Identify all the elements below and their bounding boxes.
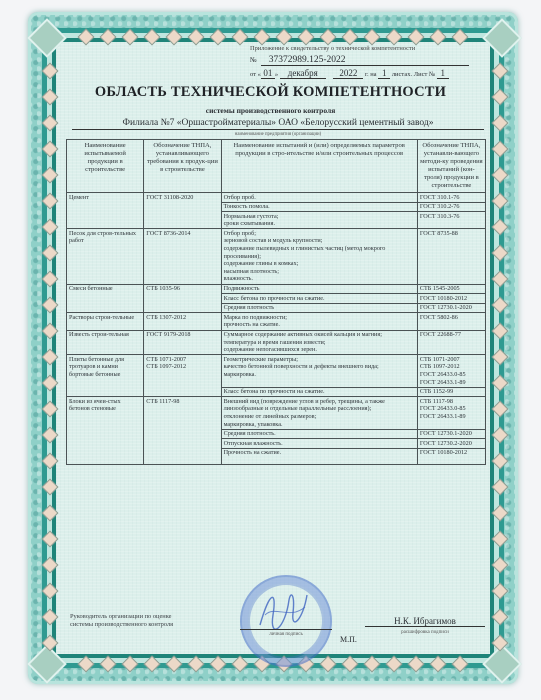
test-name-cell: Класс бетона по прочности на сжатие. [221, 387, 417, 397]
year-suffix: г. на [365, 71, 377, 78]
table-row: Известь строи-тельнаяГОСТ 9179-2018Сумма… [67, 330, 486, 355]
certificate-number: 37372989.125-2022 [261, 55, 469, 66]
product-cell: Цемент [67, 193, 144, 229]
stamp-place-label: М.П. [340, 635, 357, 644]
product-cell: Плиты бетонные для тротуаров и камни бор… [67, 355, 144, 397]
test-name-cell: Марка по подвижности; прочность на сжати… [221, 313, 417, 330]
product-cell: Растворы строи-тельные [67, 313, 144, 330]
test-name-cell: Суммарное содержание активных окисей кал… [221, 330, 417, 355]
test-name-cell: Тонкость помола. [221, 202, 417, 212]
signer-caption: расшифровка подписи [365, 630, 485, 635]
document-title: ОБЛАСТЬ ТЕХНИЧЕСКОЙ КОМПЕТЕНТНОСТИ [0, 84, 541, 101]
organization-caption: наименование предприятия (организации) [72, 132, 484, 137]
requirements-standard-cell: СТБ 1035-96 [144, 284, 221, 313]
sheets-label: листах. Лист № [392, 71, 435, 78]
appendix-caption: Приложение к свидетельству о технической… [250, 45, 415, 52]
requirements-standard-cell: ГОСТ 9179-2018 [144, 330, 221, 355]
test-name-cell: Средняя плотность. [221, 429, 417, 439]
date-year: 2022 [333, 68, 363, 79]
test-name-cell: Отбор проб. [221, 193, 417, 203]
test-name-cell: Отбор проб; зерновой состав и модуль кру… [221, 229, 417, 284]
method-standard-cell: ГОСТ 310.2-76 [417, 202, 485, 212]
table-row: Плиты бетонные для тротуаров и камни бор… [67, 355, 486, 387]
requirements-standard-cell: СТБ 1307-2012 [144, 313, 221, 330]
table-row: Песок для стров-тельных работГОСТ 8736-2… [67, 229, 486, 284]
date-day-suffix: » [275, 71, 278, 78]
table-header-row: Наименование испытываемой продукции в ст… [67, 140, 486, 193]
head-of-organization-label: Руководитель организации по оценке систе… [70, 613, 173, 629]
signature-mark [255, 585, 310, 635]
requirements-standard-cell: СТБ 1117-98 [144, 397, 221, 465]
date-line: от «01» декабря 2022 г. на 1 листах. Лис… [250, 68, 449, 79]
method-standard-cell: ГОСТ 12730.1-2020 [417, 303, 485, 313]
product-cell: Смеси бетонные [67, 284, 144, 313]
header-tests: Наименование испытаний и (или) определяе… [221, 140, 417, 193]
sheet-number: 1 [437, 68, 449, 79]
method-standard-cell: ГОСТ 5802-86 [417, 313, 485, 330]
method-standard-cell: СТБ 1071-2007 СТБ 1097-2012 ГОСТ 26433.0… [417, 355, 485, 387]
document-subtitle: системы производственного контроля [0, 106, 541, 115]
method-standard-cell: ГОСТ 310.3-76 [417, 212, 485, 229]
test-name-cell: Средняя плотность [221, 303, 417, 313]
method-standard-cell: СТБ 1152-99 [417, 387, 485, 397]
product-cell: Блоки из ячеи-стых бетонов стеновые [67, 397, 144, 465]
date-month: декабря [280, 68, 326, 79]
table-row: Блоки из ячеи-стых бетонов стеновыеСТБ 1… [67, 397, 486, 429]
method-standard-cell: ГОСТ 12730.2-2020 [417, 439, 485, 449]
number-label: № [250, 56, 257, 64]
header-requirements-standard: Обозначение ТНПА, устанавливающего требо… [144, 140, 221, 193]
signature-caption: личная подпись [240, 632, 332, 637]
product-cell: Известь строи-тельная [67, 330, 144, 355]
test-name-cell: Класс бетона по прочности на сжатие. [221, 294, 417, 304]
table-row: ЦементГОСТ 31108-2020Отбор проб.ГОСТ 310… [67, 193, 486, 203]
test-name-cell: Геометрические параметры; качество бетон… [221, 355, 417, 387]
requirements-standard-cell: ГОСТ 31108-2020 [144, 193, 221, 229]
test-name-cell: Прочность на сжатие. [221, 448, 417, 464]
method-standard-cell: ГОСТ 310.1-76 [417, 193, 485, 203]
date-prefix: от « [250, 71, 261, 78]
method-standard-cell: ГОСТ 12730.1-2020 [417, 429, 485, 439]
test-name-cell: Отпускная влажность. [221, 439, 417, 449]
date-day: 01 [261, 68, 275, 79]
requirements-standard-cell: ГОСТ 8736-2014 [144, 229, 221, 284]
method-standard-cell: ГОСТ 10180-2012 [417, 448, 485, 464]
test-name-cell: Подвижность [221, 284, 417, 294]
header-product: Наименование испытываемой продукции в ст… [67, 140, 144, 193]
signature-line [240, 629, 332, 630]
competence-scope-table: Наименование испытываемой продукции в ст… [66, 139, 486, 465]
method-standard-cell: СТБ 1545-2005 [417, 284, 485, 294]
organization-name: Филиала №7 «Оршастройматериалы» ОАО «Бел… [72, 118, 484, 130]
requirements-standard-cell: СТБ 1071-2007 СТБ 1097-2012 [144, 355, 221, 397]
signer-name: Н.К. Ибрагимов [365, 616, 485, 627]
certificate-number-line: №37372989.125-2022 [250, 54, 469, 66]
method-standard-cell: СТБ 1117-98 ГОСТ 26433.0-85 ГОСТ 26433.1… [417, 397, 485, 429]
table-row: Смеси бетонныеСТБ 1035-96ПодвижностьСТБ … [67, 284, 486, 294]
method-standard-cell: ГОСТ 22688-77 [417, 330, 485, 355]
header-method-standard: Обозначение ТНПА, устанавли-вающего мето… [417, 140, 485, 193]
sheets-total: 1 [378, 68, 390, 79]
test-name-cell: Внешний вид (повреждение углов и ребер, … [221, 397, 417, 429]
method-standard-cell: ГОСТ 8735-88 [417, 229, 485, 284]
table-row: Растворы строи-тельныеСТБ 1307-2012Марка… [67, 313, 486, 330]
method-standard-cell: ГОСТ 10180-2012 [417, 294, 485, 304]
product-cell: Песок для стров-тельных работ [67, 229, 144, 284]
test-name-cell: Нормальная густота; сроки схватывания. [221, 212, 417, 229]
